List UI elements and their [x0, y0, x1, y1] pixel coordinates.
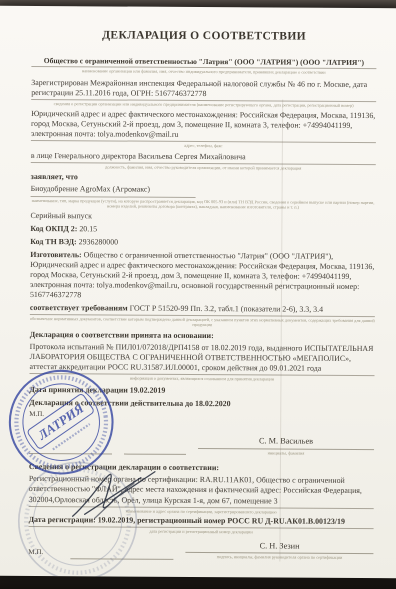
- product-hint: наименование, тип, марка продукции (услу…: [31, 197, 376, 210]
- manufacturer-block: Изготовитель: Общество с ограниченной от…: [30, 250, 375, 303]
- reg-date-hint: дата регистрации и регистрационный номер…: [29, 528, 374, 536]
- basis-heading: Декларация о соответствии принята на осн…: [30, 330, 375, 342]
- signature-line-1a: [29, 441, 112, 455]
- tnved-value: 2936280000: [79, 237, 119, 246]
- signature-row-2: М.П. С. Н. Зезин подпись, инициалы, фами…: [28, 540, 373, 561]
- signer1-hint: инициалы, фамилия: [198, 450, 374, 457]
- mp-mark-2: М.П.: [28, 548, 58, 559]
- declares-label: заявляет, что: [31, 172, 376, 184]
- product-row: Биоудобрение AgroMax (Агромакс): [31, 184, 376, 198]
- company-name: Общество с ограниченной ответственностью…: [31, 56, 376, 70]
- address-hint: адрес, телефон, факс: [31, 142, 376, 150]
- signature-line-1b: [124, 442, 186, 455]
- declaration-document: ДЕКЛАРАЦИЯ О СООТВЕТСТВИИ Общество с огр…: [0, 6, 396, 578]
- basis-text: Протокола испытаний № ПИЛ01/072018/ДРП41…: [29, 342, 374, 376]
- manufacturer-label: Изготовитель:: [30, 250, 82, 259]
- company-hint: наименование организации или фамилия, им…: [31, 68, 376, 76]
- tnved-label: Код ТН ВЭД:: [30, 237, 76, 246]
- legal-address: Юридический адрес и адрес фактического м…: [31, 109, 376, 143]
- compliance-label: соответствует требованиям: [30, 303, 128, 313]
- okpd-code-row: Код ОКПД 2: 20.15: [30, 224, 375, 236]
- signature-line-2: [70, 546, 173, 560]
- photo-background: ДЕКЛАРАЦИЯ О СООТВЕТСТВИИ Общество с огр…: [0, 0, 396, 589]
- compliance-hint: обозначение нормативных документов, соот…: [30, 316, 375, 329]
- adoption-date: Дата принятия декларации 19.02.2019: [29, 385, 374, 397]
- representative-hint: должность, фамилия, имя, отчество руково…: [31, 164, 376, 172]
- basis-hint: информация о документах, являющихся осно…: [29, 375, 374, 383]
- document-title: ДЕКЛАРАЦИЯ О СООТВЕТСТВИИ: [32, 28, 377, 45]
- valid-until: Декларация о соответствии действительна …: [29, 398, 374, 410]
- compliance-value: ГОСТ Р 51520-99 Пп. 3.2, табл.1 (показат…: [130, 303, 323, 313]
- mp-mark-1: М.П.: [29, 410, 374, 421]
- okpd-value: 20.15: [79, 224, 97, 233]
- registration-info: Зарегистрирован Межрайонная инспекция Фе…: [31, 78, 376, 102]
- signature-row-1: С. М. Васильев инициалы, фамилия: [29, 435, 374, 456]
- representative: в лице Генерального директора Васильева …: [31, 151, 376, 165]
- signer1-block: С. М. Васильев инициалы, фамилия: [198, 436, 374, 456]
- serial-issue: Серийный выпуск: [30, 211, 375, 223]
- signature-ink-icon: [65, 464, 169, 527]
- manufacturer-value: Общество с ограниченной ответственностью…: [30, 250, 374, 299]
- signer1-name: С. М. Васильев: [198, 436, 374, 450]
- product-name: Биоудобрение AgroMax (Агромакс): [31, 184, 196, 197]
- compliance-block: соответствует требованиям ГОСТ Р 51520-9…: [30, 303, 375, 317]
- okpd-label: Код ОКПД 2:: [30, 224, 77, 233]
- registration-hint: сведения о регистрации организации или и…: [31, 101, 376, 109]
- tnved-code-row: Код ТН ВЭД: 2936280000: [30, 237, 375, 249]
